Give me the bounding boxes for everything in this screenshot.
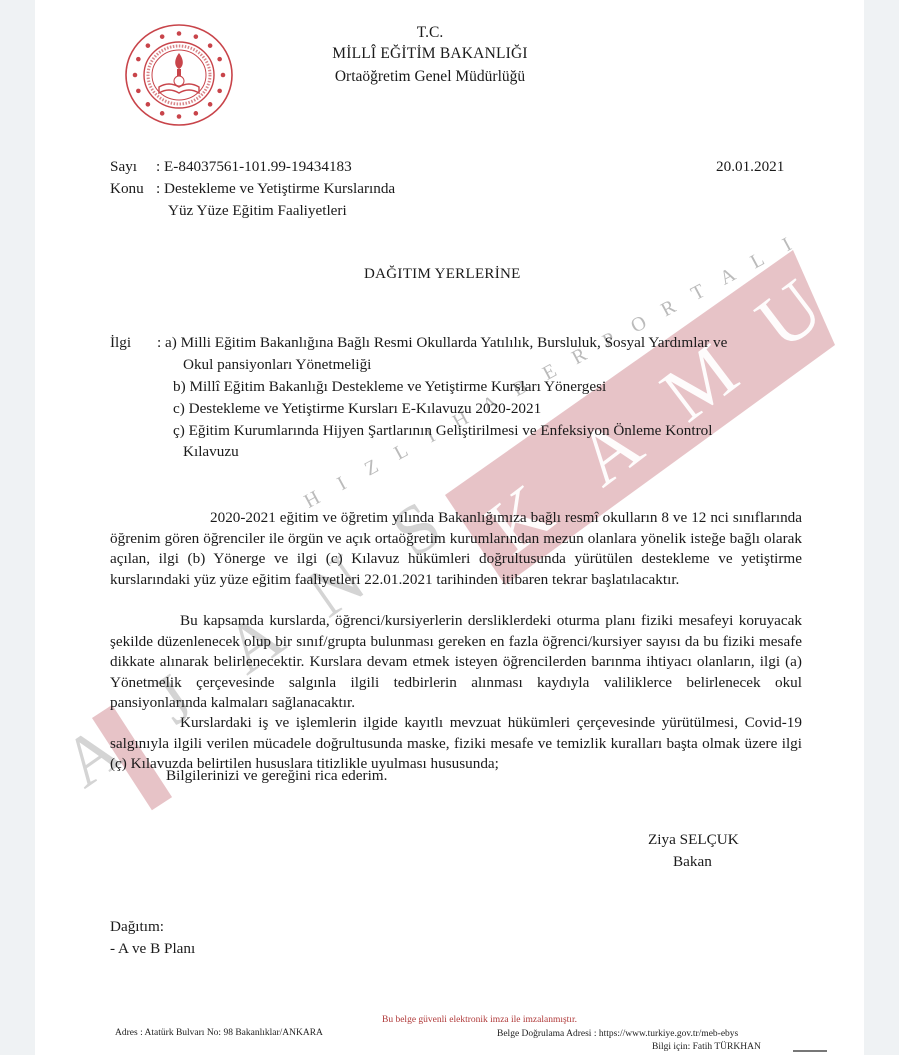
ilgi-item-b: b) Millî Eğitim Bakanlığı Destekleme ve … — [173, 376, 606, 397]
footer-address: Adres : Atatürk Bulvarı No: 98 Bakanlıkl… — [115, 1028, 323, 1038]
paragraph-text: 2020-2021 eğitim ve öğretim yılında Baka… — [110, 508, 802, 590]
document-page: AJANSKAMU HIZLIHABERPORTALI T.C. MİLLÎ E… — [35, 0, 864, 1055]
footer-verify-url[interactable]: Belge Doğrulama Adresi : https://www.tur… — [497, 1029, 738, 1039]
svg-text:I: I — [779, 233, 795, 256]
svg-text:A: A — [560, 399, 657, 502]
esign-note: Bu belge güvenli elektronik imza ile imz… — [382, 1015, 577, 1025]
footer-contact: Bilgi için: Fatih TÜRKHAN — [652, 1042, 761, 1052]
header-country: T.C. — [305, 22, 555, 43]
meb-emblem-icon — [123, 23, 235, 127]
ilgi-item-c-cedilla-cont: Kılavuzu — [183, 441, 239, 462]
distribution-item: - A ve B Planı — [110, 938, 195, 960]
svg-text:I: I — [334, 473, 350, 496]
svg-text:T: T — [688, 280, 709, 305]
header-ministry: MİLLÎ EĞİTİM BAKANLIĞI — [305, 43, 555, 64]
header-department: Ortaöğretim Genel Müdürlüğü — [305, 66, 555, 87]
body-paragraph-1: 2020-2021 eğitim ve öğretim yılında Baka… — [110, 508, 802, 590]
distribution-label: Dağıtım: — [110, 916, 164, 938]
svg-text:Z: Z — [361, 455, 382, 480]
konu-value: : Destekleme ve Yetiştirme Kurslarında — [156, 178, 395, 200]
sayi-value: : E-84037561-101.99-19434183 — [156, 156, 352, 178]
signatory-title: Bakan — [673, 851, 712, 873]
ilgi-item-c: c) Destekleme ve Yetiştirme Kursları E-K… — [173, 398, 541, 419]
sayi-label: Sayı — [110, 156, 137, 178]
document-date: 20.01.2021 — [716, 156, 784, 178]
svg-text:A: A — [716, 263, 740, 289]
footer-divider — [793, 1050, 827, 1052]
svg-text:L: L — [391, 439, 412, 464]
paragraph-text: Bu kapsamda kurslarda, öğrenci/kursiyerl… — [110, 611, 802, 714]
svg-text:U: U — [740, 262, 837, 365]
ilgi-item-c-cedilla: ç) Eğitim Kurumlarında Hijyen Şartlarını… — [173, 420, 712, 441]
konu-value-cont: Yüz Yüze Eğitim Faaliyetleri — [168, 200, 347, 222]
svg-text:R: R — [657, 295, 680, 321]
ilgi-item-a-cont: Okul pansiyonları Yönetmeliği — [183, 354, 371, 375]
body-paragraph-2: Bu kapsamda kurslarda, öğrenci/kursiyerl… — [110, 611, 802, 714]
signatory-name: Ziya SELÇUK — [648, 829, 739, 851]
konu-label: Konu — [110, 178, 144, 200]
ilgi-label: İlgi — [110, 332, 131, 353]
recipient-heading: DAĞITIM YERLERİNE — [364, 266, 521, 283]
ilgi-item-a: : a) Milli Eğitim Bakanlığına Bağlı Resm… — [157, 332, 727, 353]
svg-text:L: L — [747, 248, 768, 273]
closing-line: Bilgilerinizi ve gereğini rica ederim. — [166, 765, 387, 787]
